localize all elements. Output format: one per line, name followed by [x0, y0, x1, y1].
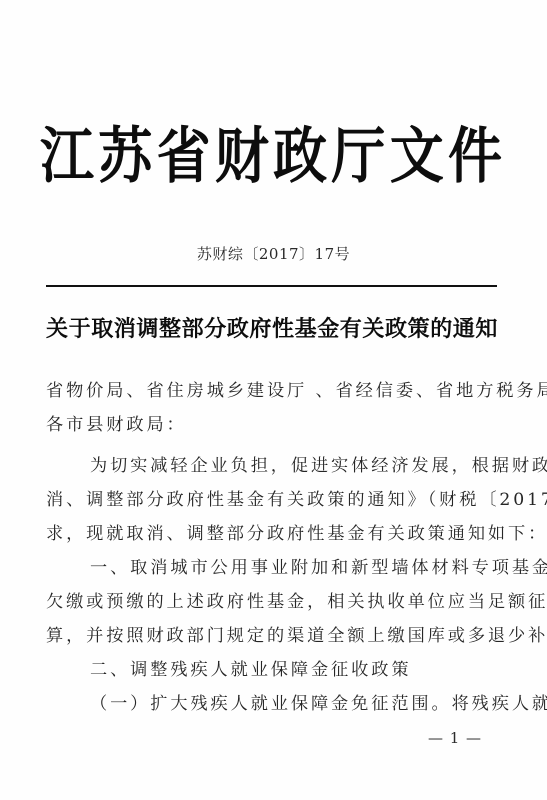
- paragraph-line: 求，现就取消、调整部分政府性基金有关政策通知如下：: [46, 517, 502, 551]
- masthead-char: 苏: [98, 114, 152, 197]
- masthead-char: 省: [157, 114, 211, 197]
- document-number: 苏财综〔2017〕17号: [0, 244, 547, 264]
- section-1-paragraph: 一、取消城市公用事业附加和新型墙体材料专项基金。以前年度 欠缴或预缴的上述政府性…: [46, 551, 502, 653]
- paragraph-line: 欠缴或预缴的上述政府性基金，相关执收单位应当足额征收或及时清: [46, 585, 502, 619]
- paragraph-line: 消、调整部分政府性基金有关政策的通知》（财税〔2017〕18号）要: [46, 483, 502, 517]
- paragraph-line: 算，并按照财政部门规定的渠道全额上缴国库或多退少补。: [46, 619, 502, 653]
- page-number: — 1 —: [420, 728, 490, 748]
- masthead-char: 政: [273, 114, 327, 197]
- recipients-line: 省物价局、省住房城乡建设厅 、省经信委、省地方税务局、省残联，: [46, 374, 502, 408]
- masthead-char: 财: [215, 114, 269, 197]
- section-2-heading: 二、调整残疾人就业保障金征收政策: [46, 653, 502, 687]
- masthead-char: 厅: [331, 114, 385, 197]
- header-rule-divider: [46, 285, 497, 287]
- masthead-char: 件: [448, 114, 502, 197]
- masthead-char: 江: [40, 114, 94, 197]
- section-heading-line: 二、调整残疾人就业保障金征收政策: [46, 653, 502, 687]
- paragraph-line: （一）扩大残疾人就业保障金免征范围。将残疾人就业保障金免: [46, 687, 502, 721]
- masthead: 江 苏 省 财 政 厅 文 件: [40, 118, 502, 192]
- document-title: 关于取消调整部分政府性基金有关政策的通知: [46, 314, 506, 344]
- section-2-1-paragraph: （一）扩大残疾人就业保障金免征范围。将残疾人就业保障金免: [46, 687, 502, 721]
- paragraph-line: 为切实减轻企业负担，促进实体经济发展，根据财政部《关于取: [46, 449, 502, 483]
- recipients-block: 省物价局、省住房城乡建设厅 、省经信委、省地方税务局、省残联， 各市县财政局：: [46, 374, 502, 442]
- recipients-line: 各市县财政局：: [46, 408, 502, 442]
- intro-paragraph: 为切实减轻企业负担，促进实体经济发展，根据财政部《关于取 消、调整部分政府性基金…: [46, 449, 502, 551]
- masthead-char: 文: [390, 114, 444, 197]
- paragraph-line: 一、取消城市公用事业附加和新型墙体材料专项基金。以前年度: [46, 551, 502, 585]
- document-page: 江 苏 省 财 政 厅 文 件 苏财综〔2017〕17号 关于取消调整部分政府性…: [0, 0, 547, 800]
